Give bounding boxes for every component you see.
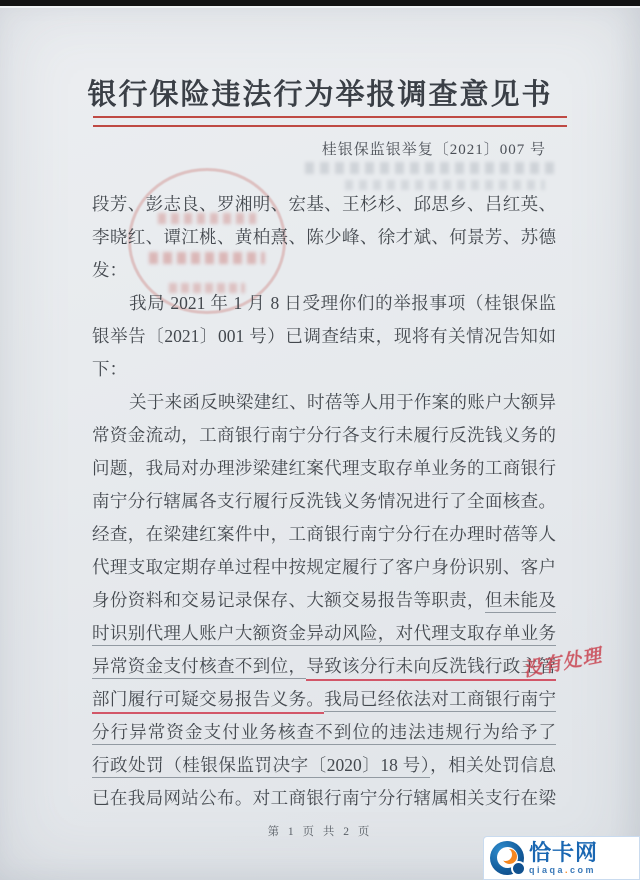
body-line: 常资金流动，工商银行南宁分行各支行未履行反洗钱义务的 bbox=[92, 419, 556, 452]
marked-text-segment: 分行异常资金支付业务核查不到位的违法违规行为给予了 bbox=[92, 722, 556, 745]
text-segment: 已在我局网站公布。对工商银行南宁分行辖属相关支行在梁 bbox=[92, 788, 556, 808]
text-segment: 银举告〔2021〕001 号）已调查结束，现将有关情况告知如 bbox=[92, 326, 556, 346]
text-segment: 常资金流动，工商银行南宁分行各支行未履行反洗钱义务的 bbox=[92, 425, 556, 445]
title-double-rule bbox=[93, 116, 567, 127]
text-segment: 段芳、彭志良、罗湘明、宏基、王杉杉、邱思乡、吕红英、 bbox=[92, 194, 556, 214]
body-line: 段芳、彭志良、罗湘明、宏基、王杉杉、邱思乡、吕红英、 bbox=[92, 188, 556, 221]
text-segment: 李晓红、谭江桃、黄柏熹、陈少峰、徐才斌、何景芳、苏德 bbox=[92, 227, 556, 247]
screenshot-root: 银行保险违法行为举报调查意见书 桂银保监银举复〔2021〕007 号 段芳、彭志… bbox=[0, 0, 640, 880]
text-segment: 南宁分行辖属各支行履行反洗钱义务情况进行了全面核查。 bbox=[92, 491, 556, 511]
qiaqa-logo-icon bbox=[490, 841, 524, 875]
body-line: 身份资料和交易记录保存、大额交易报告等职责，但未能及 bbox=[92, 584, 556, 617]
body-line: 我局 2021 年 1 月 8 日受理你们的举报事项（桂银保监 bbox=[92, 287, 556, 320]
body-line: 银举告〔2021〕001 号）已调查结束，现将有关情况告知如 bbox=[92, 320, 556, 353]
body-line: 关于来函反映梁建红、时蓓等人用于作案的账户大额异 bbox=[92, 386, 556, 419]
site-name: 恰卡网 bbox=[529, 842, 598, 864]
text-segment: 身份资料和交易记录保存、大额交易报告等职责， bbox=[92, 590, 485, 610]
body-line: 行政处罚（桂银保监罚决字〔2020〕18 号），相关处罚信息 bbox=[92, 749, 556, 782]
body-line: 异常资金支付核查不到位，导致该分行未向反洗钱行政主管 bbox=[92, 650, 556, 683]
document-number: 桂银保监银举复〔2021〕007 号 bbox=[322, 138, 546, 159]
site-url: qiaqa.com bbox=[529, 866, 598, 875]
text-segment: 关于来函反映梁建红、时蓓等人用于作案的账户大额异 bbox=[129, 392, 556, 412]
marked-text-segment: 但未能及 bbox=[485, 590, 556, 613]
marked-text-segment: 时识别代理人账户大额资金异动风险，对代理支取存单业务 bbox=[92, 623, 556, 646]
marked-text-segment: 导致该分行未向反洗钱行政主管 bbox=[306, 656, 556, 681]
body-line: 时识别代理人账户大额资金异动风险，对代理支取存单业务 bbox=[92, 617, 556, 650]
document-title: 银行保险违法行为举报调查意见书 bbox=[0, 72, 640, 113]
text-segment: 问题，我局对办理涉梁建红案代理支取存单业务的工商银行 bbox=[92, 458, 556, 478]
text-segment: 下： bbox=[92, 359, 127, 379]
text-segment: 代理支取定期存单过程中按规定履行了客户身份识别、客户 bbox=[92, 557, 556, 577]
text-segment: ，相关处罚信息 bbox=[430, 755, 556, 775]
body-line: 问题，我局对办理涉梁建红案代理支取存单业务的工商银行 bbox=[92, 452, 556, 485]
text-segment: 我局 2021 年 1 月 8 日受理你们的举报事项（桂银保监 bbox=[129, 293, 556, 313]
body-line: 下： bbox=[92, 353, 556, 386]
body-line: 南宁分行辖属各支行履行反洗钱义务情况进行了全面核查。 bbox=[92, 485, 556, 518]
marked-text-segment: 我局已经依法对工商银行南宁 bbox=[324, 689, 556, 712]
body-line: 部门履行可疑交易报告义务。我局已经依法对工商银行南宁 bbox=[92, 683, 556, 716]
marked-text-segment: 部门履行可疑交易报告义务。 bbox=[92, 689, 324, 714]
text-segment: 经查，在梁建红案件中，工商银行南宁分行在办理时蓓等人 bbox=[92, 524, 556, 544]
body-line: 分行异常资金支付业务核查不到位的违法违规行为给予了 bbox=[92, 716, 556, 749]
body-line: 代理支取定期存单过程中按规定履行了客户身份识别、客户 bbox=[92, 551, 556, 584]
body-line: 李晓红、谭江桃、黄柏熹、陈少峰、徐才斌、何景芳、苏德 bbox=[92, 221, 556, 254]
text-segment: 发： bbox=[92, 260, 127, 280]
bleed-through-marks bbox=[305, 162, 555, 174]
body-line: 经查，在梁建红案件中，工商银行南宁分行在办理时蓓等人 bbox=[92, 518, 556, 551]
marked-text-segment: 异常资金支付核查不到位， bbox=[92, 656, 306, 679]
scan-top-edge bbox=[0, 0, 640, 6]
body-line: 发： bbox=[92, 254, 556, 287]
body-line: 已在我局网站公布。对工商银行南宁分行辖属相关支行在梁 bbox=[92, 782, 556, 815]
marked-text-segment: 行政处罚（桂银保监罚决字〔2020〕18 号） bbox=[92, 755, 430, 778]
qiaqa-watermark: 恰卡网 qiaqa.com bbox=[483, 836, 640, 880]
document-body: 段芳、彭志良、罗湘明、宏基、王杉杉、邱思乡、吕红英、李晓红、谭江桃、黄柏熹、陈少… bbox=[92, 188, 556, 815]
